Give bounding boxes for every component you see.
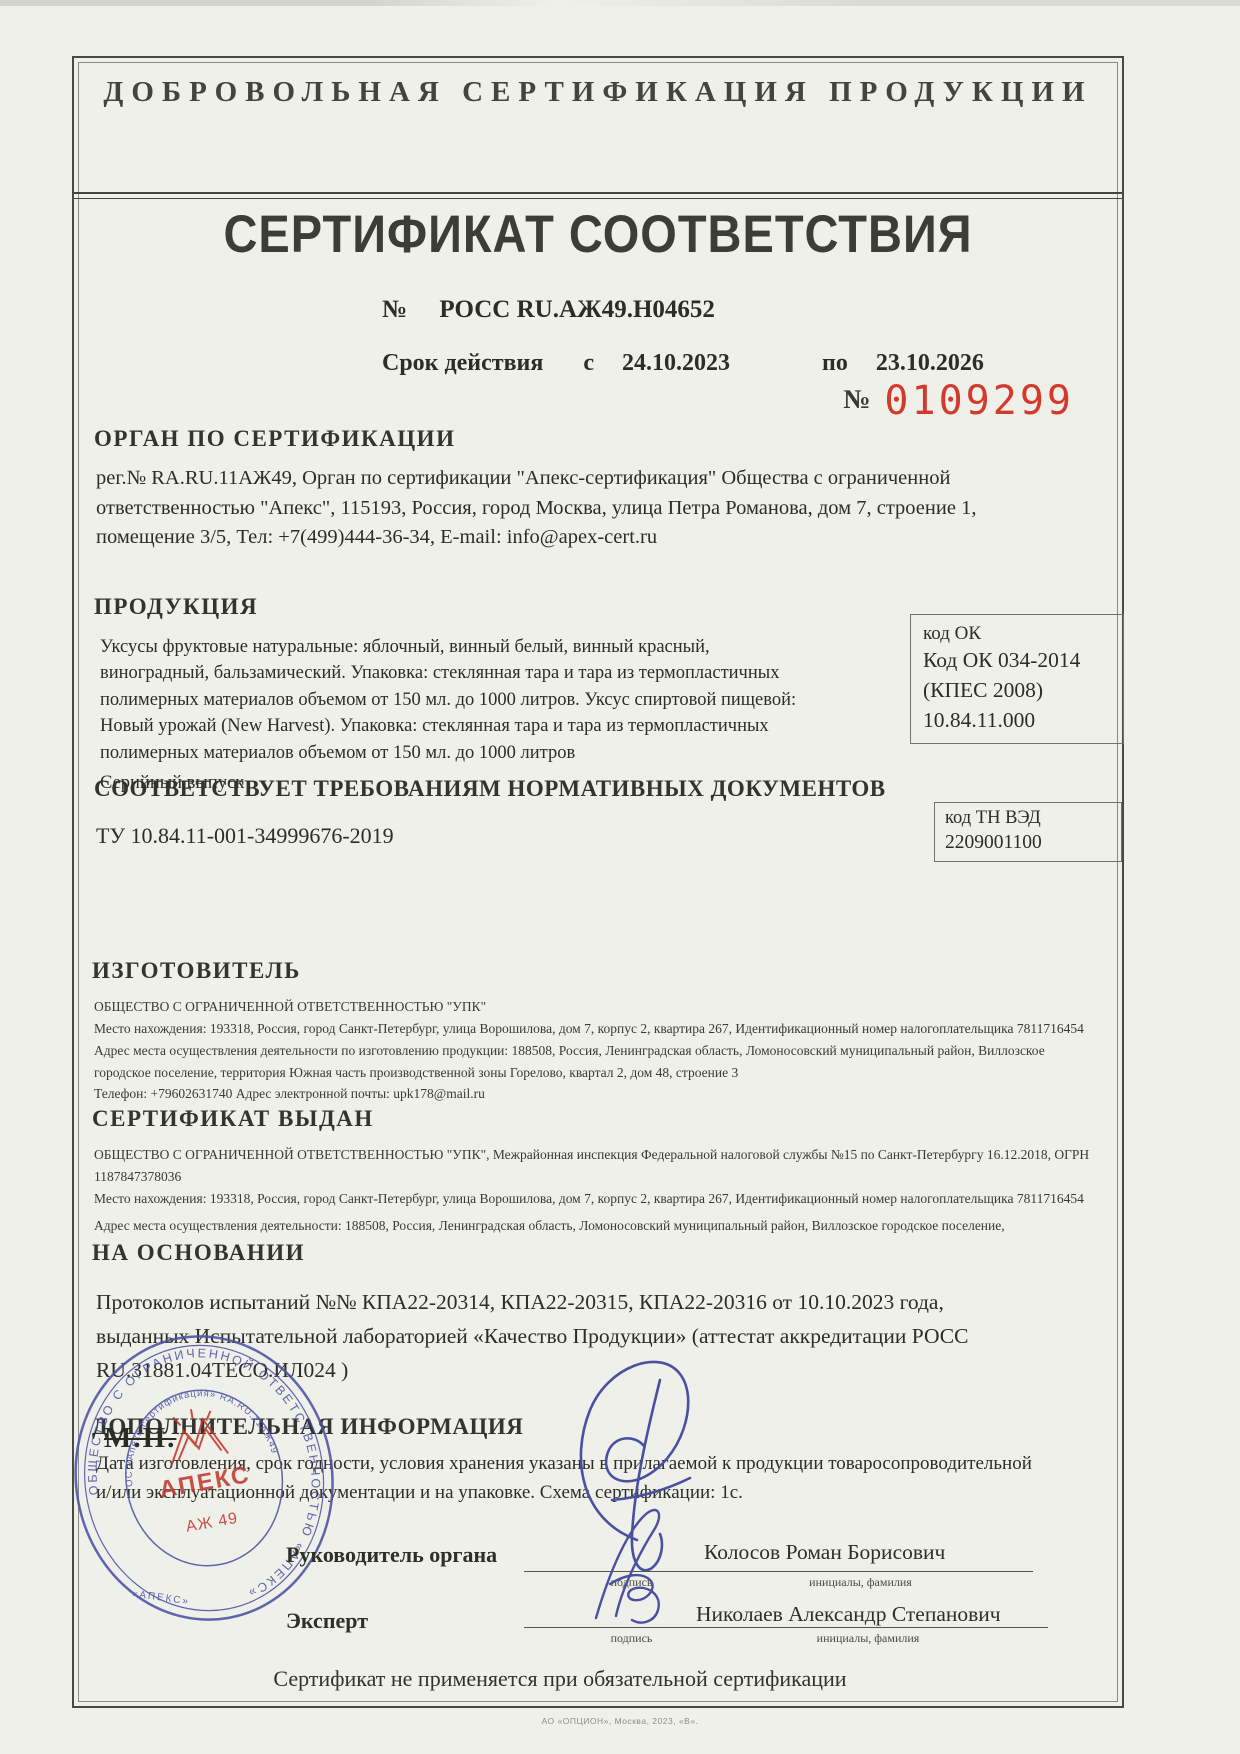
issued-to-block: ОБЩЕСТВО С ОГРАНИЧЕННОЙ ОТВЕТСТВЕННОСТЬЮ… (94, 1144, 1094, 1236)
production-block: Уксусы фруктовые натуральные: яблочный, … (100, 634, 800, 797)
ok-code-line-2: (КПЕС 2008) (923, 675, 1111, 705)
stamp-center-name: АПЕКС (157, 1461, 252, 1504)
valid-to-date: 23.10.2026 (876, 350, 984, 376)
expert-role-label: Эксперт (286, 1608, 368, 1634)
ok-code-line-3: 10.84.11.000 (923, 705, 1111, 735)
expert-signature (566, 1500, 696, 1645)
ok-code-box: код ОК Код ОК 034-2014 (КПЕС 2008) 10.84… (910, 614, 1124, 744)
issued-to-address: Место нахождения: 193318, Россия, город … (94, 1188, 1094, 1210)
manufacturer-activity-address: Адрес места осуществления деятельности п… (94, 1040, 1102, 1084)
banner-separator (74, 192, 1122, 199)
certification-body-heading: ОРГАН ПО СЕРТИФИКАЦИИ (94, 426, 455, 452)
issued-to-name: ОБЩЕСТВО С ОГРАНИЧЕННОЙ ОТВЕТСТВЕННОСТЬЮ… (94, 1144, 1094, 1188)
certificate-title-text: СЕРТИФИКАТ СООТВЕТСТВИЯ (223, 203, 972, 265)
blank-number-sign: № (843, 384, 870, 414)
ok-code-line-1: Код ОК 034-2014 (923, 645, 1111, 675)
expert-name-caption: инициалы, фамилия (688, 1631, 1048, 1646)
certification-body-text: рег.№ RA.RU.11АЖ49, Орган по сертификаци… (96, 464, 1001, 553)
basis-heading: НА ОСНОВАНИИ (92, 1240, 305, 1266)
number-sign: № (382, 296, 407, 323)
tnved-value: 2209001100 (945, 829, 1111, 856)
certification-stamp: ОБЩЕСТВО С ОГРАНИЧЕННОЙ ОТВЕТСТВЕННОСТЬЮ… (46, 1309, 361, 1646)
head-name-caption: инициалы, фамилия (688, 1575, 1033, 1590)
expert-name-line (688, 1627, 1048, 1628)
tnved-label: код ТН ВЭД (945, 808, 1111, 829)
validity-line: Срок действия с 24.10.2023 по 23.10.2026 (382, 350, 984, 377)
validity-label: Срок действия (382, 350, 543, 376)
head-name-line (688, 1571, 1033, 1572)
head-role-label: Руководитель органа (286, 1542, 497, 1568)
footer-note: Сертификат не применяется при обязательн… (36, 1666, 1084, 1692)
manufacturer-contacts: Телефон: +79602631740 Адрес электронной … (94, 1083, 1102, 1105)
stamp-bottom-fragment: «АПЕКС» (131, 1588, 190, 1607)
manufacturer-heading: ИЗГОТОВИТЕЛЬ (92, 958, 301, 984)
blank-number-line: № 0109299 (843, 378, 1074, 424)
ok-code-label: код ОК (923, 623, 1111, 645)
manufacturer-name: ОБЩЕСТВО С ОГРАНИЧЕННОЙ ОТВЕТСТВЕННОСТЬЮ… (94, 996, 1102, 1018)
stamp-icon: ОБЩЕСТВО С ОГРАНИЧЕННОЙ ОТВЕТСТВЕННОСТЬЮ… (46, 1309, 361, 1646)
print-imprint: АО «ОПЦИОН», Москва, 2023, «В». (0, 1716, 1240, 1726)
valid-from-date: 24.10.2023 (622, 350, 730, 376)
validity-to-label: по (822, 350, 848, 376)
top-banner: ДОБРОВОЛЬНАЯ СЕРТИФИКАЦИЯ ПРОДУКЦИИ (74, 76, 1122, 109)
certificate-page: ДОБРОВОЛЬНАЯ СЕРТИФИКАЦИЯ ПРОДУКЦИИ СЕРТ… (0, 0, 1240, 1754)
certificate-number-line: № РОСС RU.АЖ49.Н04652 (382, 296, 715, 324)
certificate-number: РОСС RU.АЖ49.Н04652 (439, 296, 715, 323)
validity-from-label: с (583, 350, 594, 376)
production-description: Уксусы фруктовые натуральные: яблочный, … (100, 634, 800, 766)
mp-mark: М.П. (104, 1422, 176, 1455)
issued-to-heading: СЕРТИФИКАТ ВЫДАН (92, 1106, 374, 1132)
tnved-code-box: код ТН ВЭД 2209001100 (934, 802, 1122, 862)
expert-signature-icon (566, 1500, 696, 1640)
production-heading: ПРОДУКЦИЯ (94, 594, 258, 620)
compliance-document: ТУ 10.84.11-001-34999676-2019 (96, 820, 394, 852)
compliance-heading: СООТВЕТСТВУЕТ ТРЕБОВАНИЯМ НОРМАТИВНЫХ ДО… (94, 776, 886, 802)
stamp-center-code: АЖ 49 (185, 1510, 240, 1536)
blank-number-value: 0109299 (884, 378, 1074, 424)
issued-to-activity-address: Адрес места осуществления деятельности: … (94, 1215, 1094, 1237)
certificate-frame: ДОБРОВОЛЬНАЯ СЕРТИФИКАЦИЯ ПРОДУКЦИИ СЕРТ… (72, 56, 1124, 1708)
certificate-title: СЕРТИФИКАТ СООТВЕТСТВИЯ (74, 206, 1122, 261)
head-name: Колосов Роман Борисович (704, 1540, 945, 1565)
expert-name: Николаев Александр Степанович (696, 1602, 1001, 1627)
manufacturer-address: Место нахождения: 193318, Россия, город … (94, 1018, 1102, 1040)
manufacturer-block: ОБЩЕСТВО С ОГРАНИЧЕННОЙ ОТВЕТСТВЕННОСТЬЮ… (94, 996, 1102, 1105)
